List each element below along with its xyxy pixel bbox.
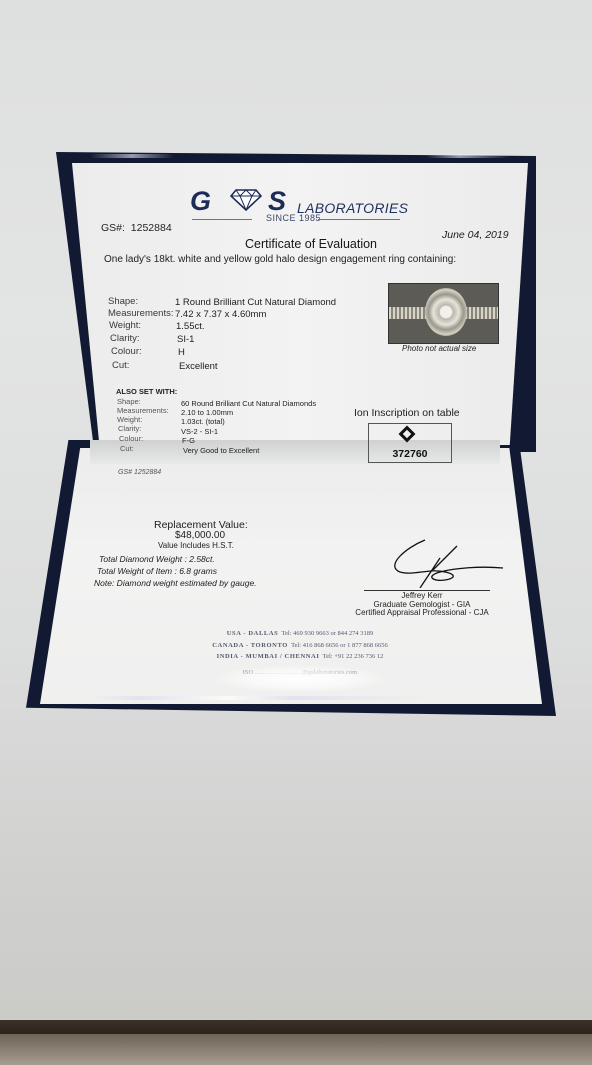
- spec-label: Shape:: [117, 397, 141, 406]
- also-set-with-title: ALSO SET WITH:: [116, 387, 177, 396]
- spec-label: Measurements:: [117, 406, 169, 415]
- spec-label: Cut:: [112, 360, 129, 371]
- spec-value: H: [178, 347, 185, 358]
- spec-label: Weight:: [117, 415, 142, 424]
- cover-reflection: [90, 154, 510, 158]
- address-region: USA - DALLAS: [227, 630, 279, 637]
- certificate-title: Certificate of Evaluation: [245, 237, 377, 251]
- spec-label: Shape:: [108, 296, 138, 307]
- spec-value: SI-1: [177, 334, 194, 345]
- gs-laboratories-logo: G S LABORATORIES SINCE 1985: [190, 186, 405, 226]
- inscription-number: 372760: [369, 448, 451, 460]
- address-india: INDIA - MUMBAI / CHENNAI Tel: +91 22 236…: [150, 653, 450, 660]
- logo-rule-left: [192, 219, 252, 220]
- signer-name: Jeffrey Kerr: [342, 591, 502, 600]
- spec-value: 2.10 to 1.00mm: [181, 408, 233, 417]
- ion-inscription-title: Ion Inscription on table: [354, 407, 460, 419]
- logo-since: SINCE 1985: [266, 213, 321, 223]
- floor: [0, 1034, 592, 1065]
- signature: [385, 538, 505, 588]
- weight-note: Note: Diamond weight estimated by gauge.: [94, 578, 257, 588]
- total-item-weight: Total Weight of Item : 6.8 grams: [97, 566, 217, 576]
- spec-label: Colour:: [111, 346, 142, 357]
- cover-reflection-bottom: [90, 696, 430, 700]
- signer-title-cja: Certified Appraisal Professional - CJA: [342, 608, 502, 617]
- photo-caption: Photo not actual size: [402, 344, 476, 353]
- logo-rule-right: [318, 219, 400, 220]
- certificate-date: June 04, 2019: [442, 229, 509, 241]
- address-phone: Tel: 416 868 6656 or 1 877 868 6656: [291, 642, 388, 649]
- spec-value: 1.55ct.: [176, 321, 205, 332]
- spec-value: Excellent: [179, 361, 218, 372]
- replacement-value-amount: $48,000.00: [175, 530, 225, 541]
- light-glare: [210, 665, 390, 693]
- spec-label: Colour:: [119, 434, 143, 443]
- item-description: One lady's 18kt. white and yellow gold h…: [104, 254, 456, 265]
- diamond-inscription-icon: [399, 426, 416, 443]
- gs-number-value: 1252884: [131, 222, 172, 234]
- spec-value: 1 Round Brilliant Cut Natural Diamond: [175, 297, 336, 308]
- address-region: CANADA - TORONTO: [212, 642, 288, 649]
- spec-label: Clarity:: [110, 333, 140, 344]
- logo-mark-g: G: [190, 186, 210, 217]
- spec-label: Cut:: [120, 444, 134, 453]
- spec-label: Measurements:: [108, 308, 173, 319]
- shelf-edge: [0, 1020, 592, 1034]
- ring-halo: [425, 288, 467, 336]
- address-phone: Tel: 469 930 9663 or 844 274 3189: [281, 630, 373, 637]
- replacement-value-note: Value Includes H.S.T.: [158, 541, 234, 550]
- spec-label: Weight:: [109, 320, 141, 331]
- address-region: INDIA - MUMBAI / CHENNAI: [217, 653, 320, 660]
- address-canada: CANADA - TORONTO Tel: 416 868 6656 or 1 …: [150, 642, 450, 649]
- gs-number-label: GS#:: [101, 222, 125, 234]
- spec-value: 60 Round Brilliant Cut Natural Diamonds: [181, 399, 316, 408]
- spec-label: Clarity:: [118, 424, 141, 433]
- ion-inscription-box: 372760: [368, 423, 452, 463]
- total-diamond-weight: Total Diamond Weight : 2.58ct.: [99, 554, 215, 564]
- spec-value: F-G: [182, 436, 195, 445]
- spec-value: Very Good to Excellent: [183, 446, 259, 455]
- gs-number: GS#: 1252884: [101, 222, 172, 234]
- ring-photo: [388, 283, 499, 344]
- diamond-icon: [230, 189, 262, 211]
- spec-value: VS-2 - SI-1: [181, 427, 218, 436]
- address-usa: USA - DALLAS Tel: 469 930 9663 or 844 27…: [150, 630, 450, 637]
- spec-value: 7.42 x 7.37 x 4.60mm: [175, 309, 266, 320]
- spec-value: 1.03ct. (total): [181, 417, 225, 426]
- address-phone: Tel: +91 22 236 736 12: [323, 653, 384, 660]
- gs-number-bottom: GS# 1252884: [118, 469, 161, 476]
